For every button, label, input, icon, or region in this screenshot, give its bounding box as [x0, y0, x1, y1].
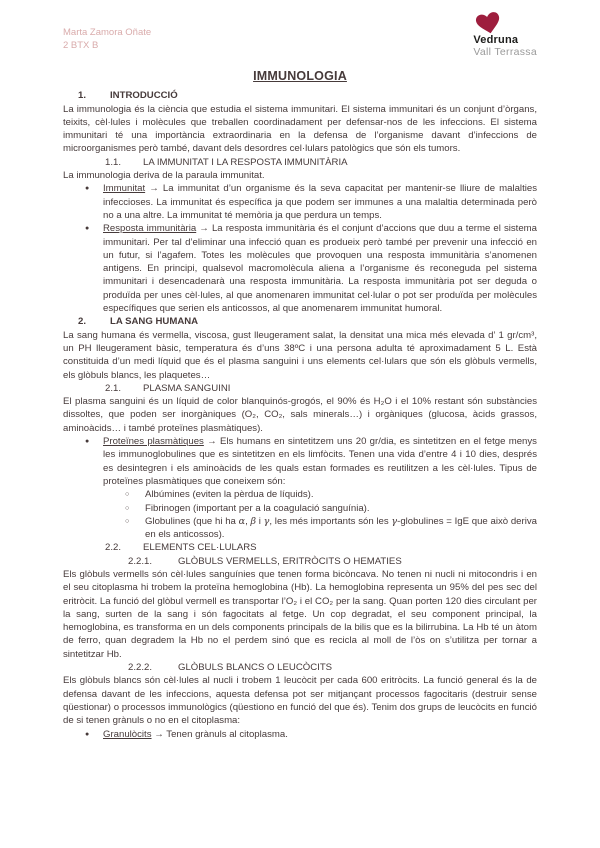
sub-bullet-item: ○Fibrinogen (important per a la coagulac…	[63, 502, 537, 515]
section-heading-1-1: 1.1.LA IMMUNITAT I LA RESPOSTA IMMUNITÀR…	[63, 156, 537, 169]
bullet-marker-icon: ○	[125, 502, 145, 515]
heading-label: GLÒBULS BLANCS O LEUCÒCITS	[178, 661, 332, 674]
document-page: Marta Zamora Oñate 2 BTX B Vedruna Vall …	[0, 0, 600, 848]
text-run: Fibrinogen (important per a la coagulaci…	[145, 503, 370, 514]
heading-label: LA IMMUNITAT I LA RESPOSTA IMMUNITÀRIA	[143, 156, 348, 169]
heart-icon	[474, 11, 503, 37]
text-run: Els glòbuls vermells són cèl·lules sangu…	[63, 569, 537, 660]
student-class: 2 BTX B	[63, 39, 151, 52]
bullet-text: Globulines (que hi ha α, β i γ, les més …	[145, 515, 537, 542]
heading-number: 2.1.	[105, 382, 143, 395]
bullet-marker-icon: ●	[85, 728, 103, 741]
text-run: → La immunitat d’un organisme és la seva…	[103, 183, 537, 221]
bullet-text: Proteïnes plasmàtiques → Els humans en s…	[103, 435, 537, 488]
text-run: La immunologia deriva de la paraula immu…	[63, 170, 265, 181]
section-heading-2-1: 2.1.PLASMA SANGUINI	[63, 382, 537, 395]
text-run: El plasma sanguini és un líquid de color…	[63, 396, 537, 434]
text-run: , les més importants són les	[269, 516, 391, 527]
bullet-text: Fibrinogen (important per a la coagulaci…	[145, 502, 537, 515]
bullet-text: Resposta immunitària → La resposta immun…	[103, 222, 537, 315]
heading-label: INTRODUCCIÓ	[110, 89, 178, 102]
text-run: La immunologia és la ciència que estudia…	[63, 104, 537, 155]
bullet-item: ●Immunitat → La immunitat d’un organisme…	[63, 182, 537, 222]
bullet-marker-icon: ○	[125, 515, 145, 542]
bullet-item: ●Resposta immunitària → La resposta immu…	[63, 222, 537, 315]
heading-number: 2.2.	[105, 541, 143, 554]
heading-label: GLÒBULS VERMELLS, ERITRÒCITS O HEMATIES	[178, 555, 402, 568]
heading-label: PLASMA SANGUINI	[143, 382, 230, 395]
heading-number: 1.	[78, 89, 110, 102]
bullet-item: ●Proteïnes plasmàtiques → Els humans en …	[63, 435, 537, 488]
bullet-text: Granulòcits → Tenen grànuls al citoplasm…	[103, 728, 537, 741]
paragraph: Els glòbuls vermells són cèl·lules sangu…	[63, 568, 537, 661]
text-run: Albúmines (eviten la pèrdua de líquids).	[145, 489, 314, 500]
section-heading-2: 2.LA SANG HUMANA	[63, 315, 537, 328]
paragraph: Els glòbuls blancs són cèl·lules al nucl…	[63, 674, 537, 727]
heading-label: ELEMENTS CEL·LULARS	[143, 541, 257, 554]
bullet-text: Albúmines (eviten la pèrdua de líquids).	[145, 488, 537, 501]
text-run: Globulines (que hi ha	[145, 516, 239, 527]
text-run: i	[256, 516, 264, 527]
bullet-marker-icon: ●	[85, 435, 103, 488]
heading-number: 1.1.	[105, 156, 143, 169]
text-run: Els glòbuls blancs són cèl·lules al nucl…	[63, 675, 537, 726]
sub-bullet-item: ○Albúmines (eviten la pèrdua de líquids)…	[63, 488, 537, 501]
school-logo: Vedruna Vall Terrassa	[473, 13, 537, 58]
text-run: → Tenen grànuls al citoplasma.	[152, 729, 288, 740]
paragraph: La immunologia deriva de la paraula immu…	[63, 169, 537, 182]
section-heading-2-2-1: 2.2.1.GLÒBULS VERMELLS, ERITRÒCITS O HEM…	[63, 555, 537, 568]
paragraph: El plasma sanguini és un líquid de color…	[63, 395, 537, 435]
logo-brand: Vedruna	[473, 35, 537, 46]
student-name: Marta Zamora Oñate	[63, 26, 151, 39]
heading-number: 2.2.1.	[128, 555, 178, 568]
underlined-term: Immunitat	[103, 183, 145, 194]
bullet-marker-icon: ○	[125, 488, 145, 501]
heading-number: 2.2.2.	[128, 661, 178, 674]
heading-label: LA SANG HUMANA	[110, 315, 198, 328]
paragraph: La sang humana és vermella, viscosa, gus…	[63, 329, 537, 382]
text-run: → La resposta immunitària és el conjunt …	[103, 223, 537, 314]
bullet-marker-icon: ●	[85, 222, 103, 315]
paragraph: La immunologia és la ciència que estudia…	[63, 103, 537, 156]
sub-bullet-item: ○Globulines (que hi ha α, β i γ, les més…	[63, 515, 537, 542]
logo-subbrand: Vall Terrassa	[473, 46, 537, 58]
student-block: Marta Zamora Oñate 2 BTX B	[63, 26, 151, 52]
document-header: Marta Zamora Oñate 2 BTX B Vedruna Vall …	[63, 13, 537, 63]
document-blocks: 1.INTRODUCCIÓLa immunologia és la ciènci…	[63, 89, 537, 741]
underlined-term: Resposta immunitària	[103, 223, 196, 234]
underlined-term: Granulòcits	[103, 729, 152, 740]
bullet-text: Immunitat → La immunitat d’un organisme …	[103, 182, 537, 222]
page-title: IMMUNOLOGIA	[63, 70, 537, 83]
text-run: La sang humana és vermella, viscosa, gus…	[63, 330, 537, 381]
heading-number: 2.	[78, 315, 110, 328]
underlined-term: Proteïnes plasmàtiques	[103, 436, 204, 447]
section-heading-1: 1.INTRODUCCIÓ	[63, 89, 537, 102]
section-heading-2-2-2: 2.2.2.GLÒBULS BLANCS O LEUCÒCITS	[63, 661, 537, 674]
bullet-marker-icon: ●	[85, 182, 103, 222]
bullet-item: ●Granulòcits → Tenen grànuls al citoplas…	[63, 728, 537, 741]
section-heading-2-2: 2.2.ELEMENTS CEL·LULARS	[63, 541, 537, 554]
